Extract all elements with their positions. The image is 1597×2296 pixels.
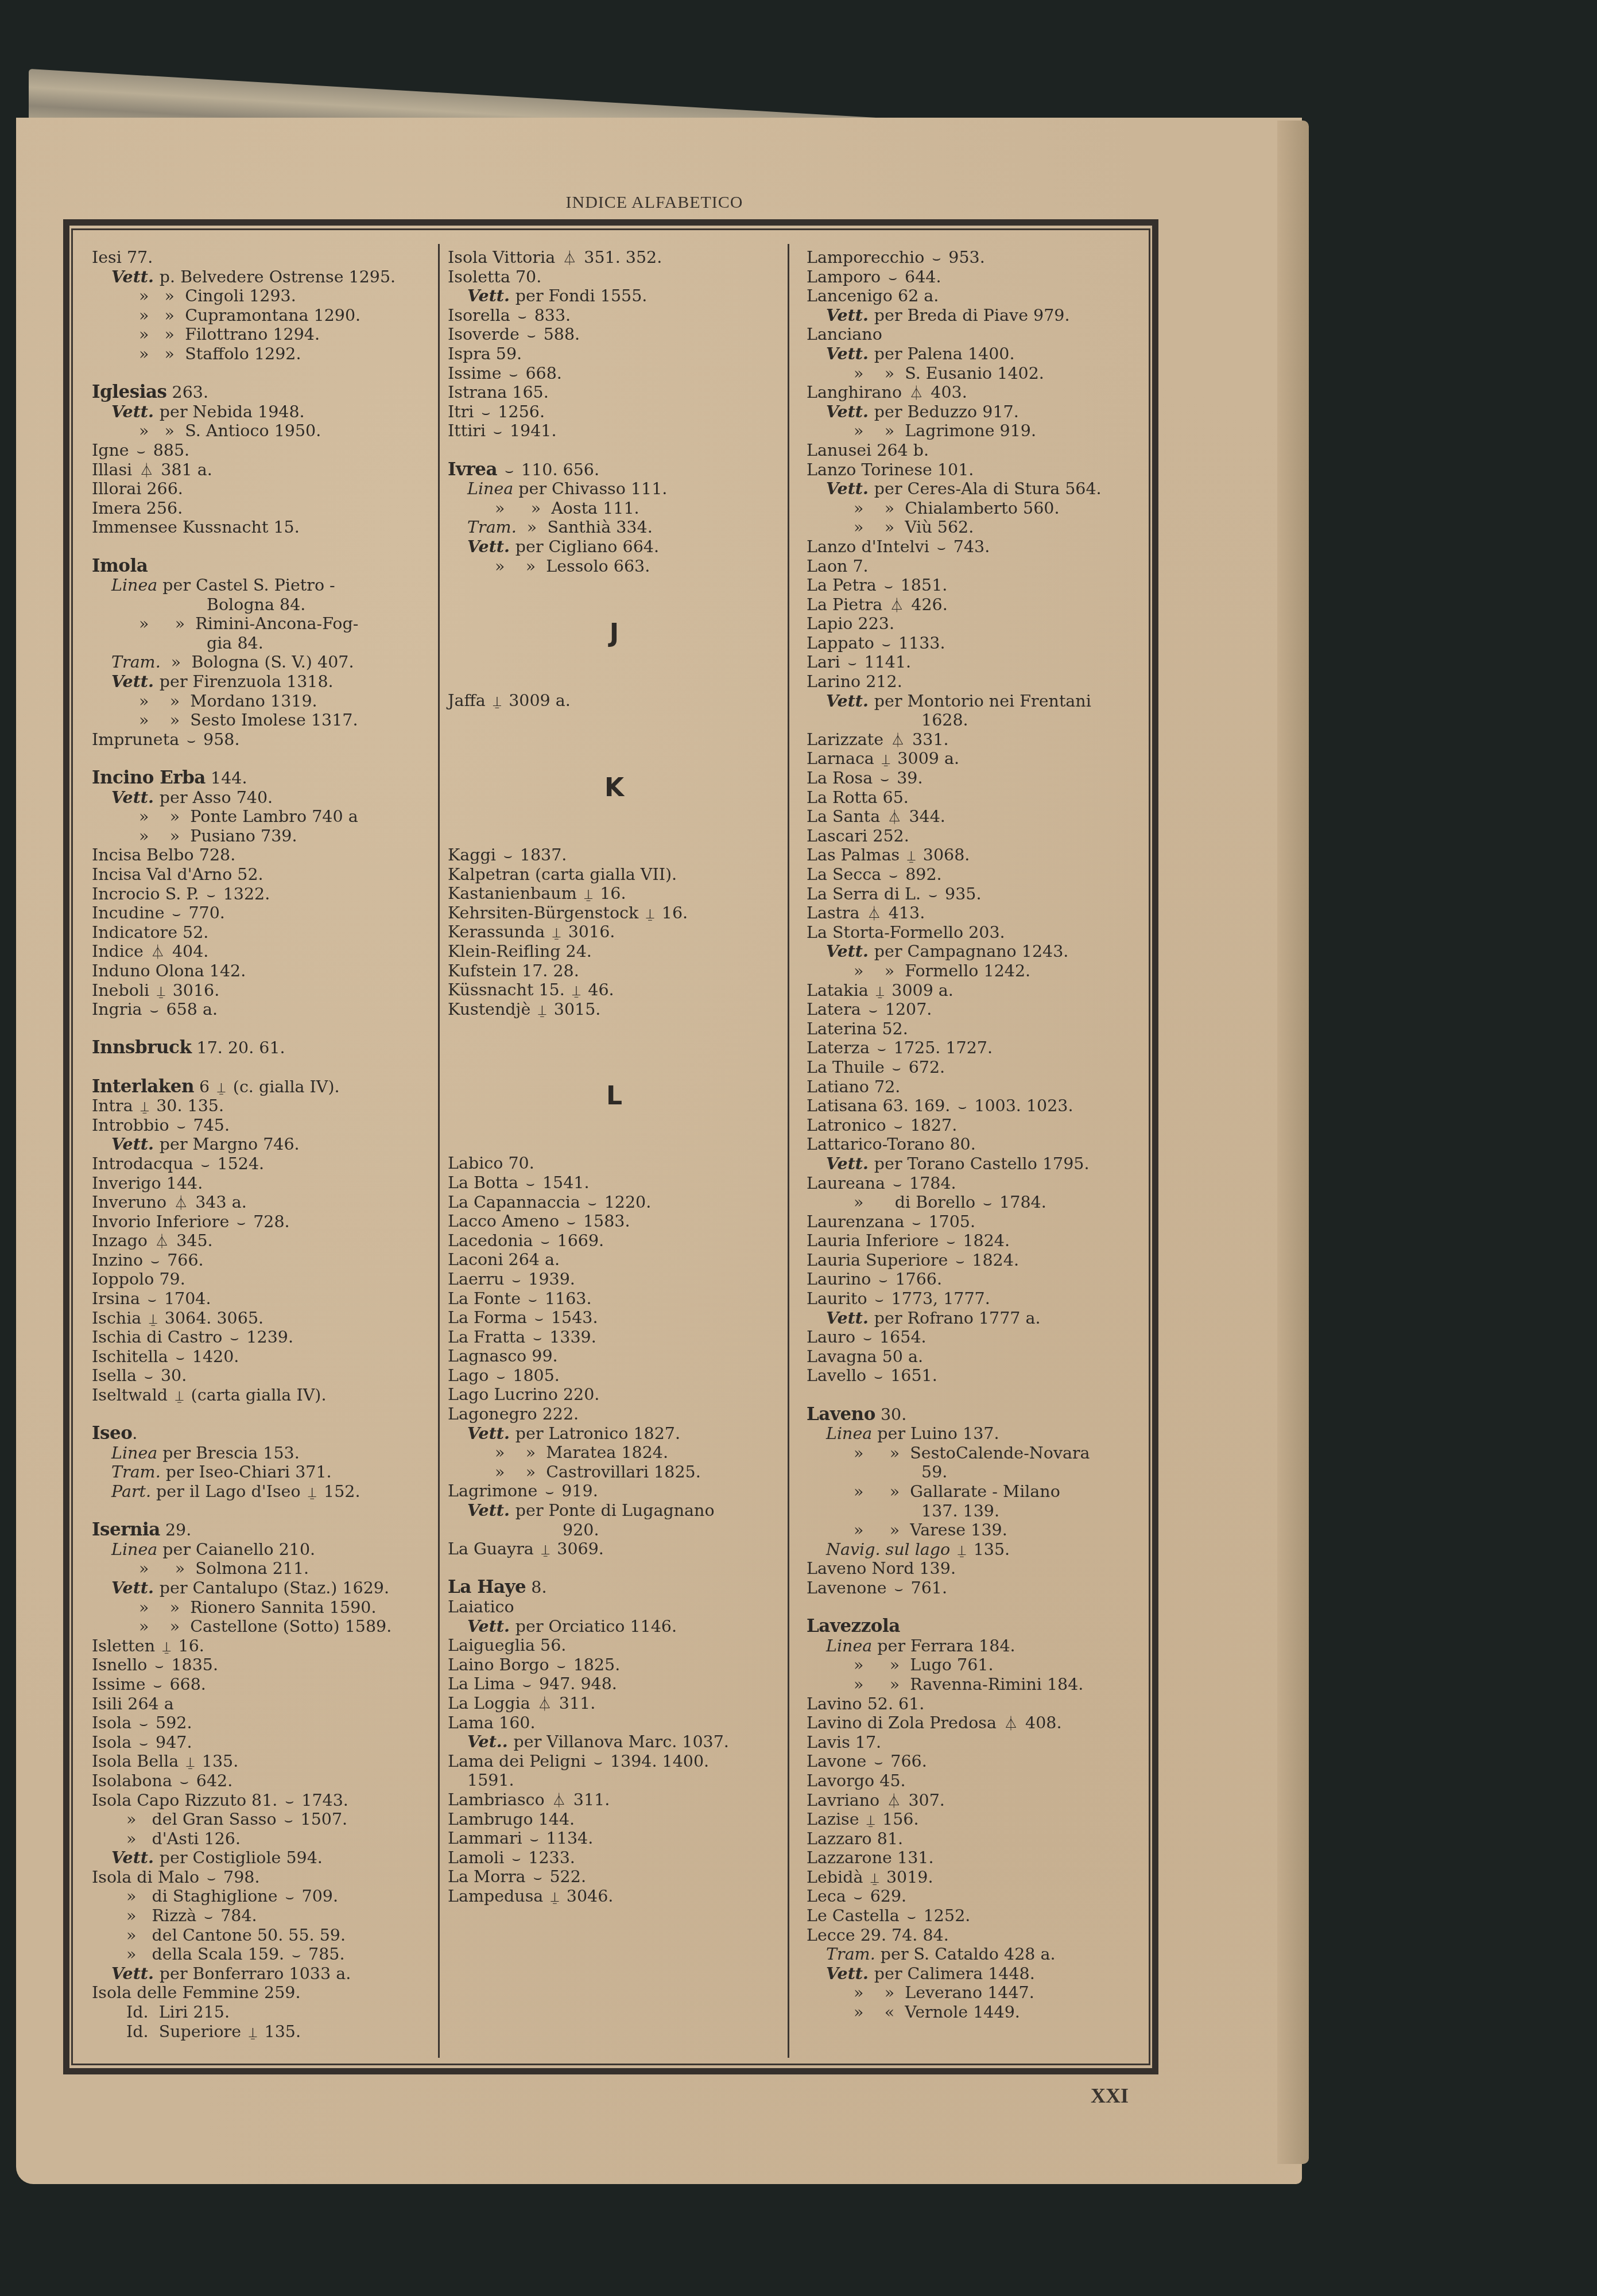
ditto-subentry: » » Ravenna-Rimini 184. [807,1675,1151,1694]
index-entry: La Capannaccia ⌣ 1220. [448,1193,781,1212]
subentry-label: Vett. [826,344,874,363]
index-entry: Lamporecchio ⌣ 953. [807,248,1151,267]
subentry-label: Vett. [111,402,160,421]
carriage-icon: ⌣ [176,1348,185,1368]
tram-icon: ⏃ [891,731,905,751]
entry-name: La Haye [448,1577,526,1597]
index-entry: Larnaca ⍊ 3009 a. [807,749,1151,769]
index-entry: Lebidà ⍊ 3019. [807,1868,1151,1887]
ditto-subentry: » » Ponte Lambro 740 a [92,807,431,827]
index-entry: Ingria ⌣ 658 a. [92,1000,431,1019]
entry-name: Iseo [92,1423,132,1444]
index-entry: Lavino di Zola Predosa ⏃ 408. [807,1713,1151,1733]
index-entry: Lamporo ⌣ 644. [807,267,1151,287]
index-entry: Leca ⌣ 629. [807,1887,1151,1906]
index-entry: Isletten ⍊ 16. [92,1636,431,1656]
index-entry: Klein-Reifling 24. [448,942,781,961]
index-entry: Introbbio ⌣ 745. [92,1116,431,1135]
steamboat-icon: ⍊ [646,905,654,924]
index-entry: La Botta ⌣ 1541. [448,1173,781,1193]
index-entry: Laurino ⌣ 1766. [807,1270,1151,1289]
tram-icon: ⏃ [538,1695,552,1715]
ditto-subentry: » » Pusiano 739. [92,827,431,846]
carriage-icon: ⌣ [894,1580,904,1599]
index-entry: Lapio 223. [807,614,1151,634]
steamboat-icon: ⍊ [141,1097,149,1117]
spacer [92,1058,431,1077]
index-entry-heading: Iseo. [92,1424,431,1444]
spacer [92,749,431,769]
subentry-label: Part. [111,1482,156,1501]
index-entry: Igne ⌣ 885. [92,441,431,460]
carriage-icon: ⌣ [177,1117,186,1137]
tram-icon: ⏃ [174,1194,188,1213]
carriage-icon: ⌣ [533,1868,542,1888]
page-title: INDICE ALFABETICO [505,193,804,212]
steamboat-icon: ⍊ [162,1638,170,1657]
index-entry: Irsina ⌣ 1704. [92,1289,431,1309]
steamboat-icon: ⍊ [493,692,501,712]
carriage-icon: ⌣ [144,1367,153,1387]
carriage-icon: ⌣ [983,1194,992,1213]
index-entry: Lama dei Peligni ⌣ 1394. 1400. [448,1752,781,1771]
carriage-icon: ⌣ [588,1194,597,1213]
index-entry: Lazise ⍊ 156. [807,1810,1151,1829]
column-divider-2 [788,244,789,2058]
ditto-subentry: » » Mordano 1319. [92,692,431,711]
index-entry: Ineboli ⍊ 3016. [92,981,431,1000]
tram-icon: ⏃ [1004,1715,1018,1734]
sub-entry: Id. Superiore ⍊ 135. [92,2022,431,2042]
index-entry: Lago Lucrino 220. [448,1385,781,1405]
index-entry: La Morra ⌣ 522. [448,1867,781,1887]
index-entry-heading: Laveno 30. [807,1405,1151,1425]
spacer [448,1135,781,1154]
vettura-subentry: Vett. per Breda di Piave 979. [807,306,1151,325]
index-entry: Inveruno ⏃ 343 a. [92,1193,431,1212]
carriage-icon: ⌣ [285,1888,294,1907]
ditto-subentry: » » Filottrano 1294. [92,325,431,344]
sub-entry: Id. Liri 215. [92,2003,431,2022]
section-letter: J [448,614,781,653]
entry-name: Isernia [92,1519,160,1540]
subentry-label: Vett. [111,788,160,807]
subentry-label: Linea [111,576,162,595]
carriage-icon: ⌣ [204,1907,213,1927]
vettura-subentry: Vett. per Palena 1400. [807,344,1151,364]
tram-icon: ⏃ [909,384,923,404]
vettura-subentry: Vett. per Nebida 1948. [92,402,431,422]
index-entry: Indicatore 52. [92,923,431,943]
carriage-icon: ⌣ [894,1117,903,1137]
index-entry: Kehrsiten-Bürgenstock ⍊ 16. [448,903,781,923]
index-entry: Issime ⌣ 668. [448,364,781,383]
vettura-subentry: Vett. per Costigliole 594. [92,1848,431,1868]
ditto-subentry: » » Leverano 1447. [807,1983,1151,2003]
index-entry-heading: Iglesias 263. [92,383,431,402]
vettura-subentry: Vett. per Ponte di Lugagnano [448,1501,781,1521]
index-entry-heading: Incino Erba 144. [92,769,431,788]
subentry-label: Vett. [826,1308,874,1328]
ditto-subentry: » » Lessolo 663. [448,557,781,576]
page-fore-edge [1277,121,1309,2164]
index-entry-heading: Lavezzola [807,1617,1151,1636]
carriage-icon: ⌣ [139,1715,148,1734]
entry-name: Interlaken [92,1076,194,1097]
line-subentry: Linea per Castel S. Pietro - [92,576,431,595]
index-entry: Lanciano [807,325,1151,344]
carriage-icon: ⌣ [534,1309,544,1329]
carriage-icon: ⌣ [150,1001,159,1021]
subentry-label: Vett. [467,286,515,305]
ditto-subentry: » » Castrovillari 1825. [448,1463,781,1482]
carriage-icon: ⌣ [503,847,513,866]
carriage-icon: ⌣ [892,1059,901,1079]
index-entry: Lampedusa ⍊ 3046. [448,1887,781,1906]
index-entry: Lavis 17. [807,1733,1151,1752]
index-entry: Latakia ⍊ 3009 a. [807,981,1151,1000]
index-entry: Isola di Malo ⌣ 798. [92,1868,431,1887]
index-entry: La Guayra ⍊ 3069. [448,1539,781,1559]
ditto-subentry: » » Staffolo 1292. [92,344,431,364]
spacer [807,1598,1151,1618]
index-entry: Latisana 63. 169. ⌣ 1003. 1023. [807,1096,1151,1116]
spacer [807,1386,1151,1405]
carriage-icon: ⌣ [284,1811,293,1830]
subentry-label: Tram. [111,1463,166,1481]
index-entry: Lavone ⌣ 766. [807,1752,1151,1771]
tram-icon: ⏃ [867,905,881,924]
index-entry: Lagonegro 222. [448,1405,781,1424]
continuation-line: gia 84. [92,634,431,653]
sub-entry: » del Cantone 50. 55. 59. [92,1926,431,1945]
index-entry: Introdacqua ⌣ 1524. [92,1154,431,1174]
vettura-subentry: Vett. per Montorio nei Frentani [807,692,1151,711]
index-entry: Lavenone ⌣ 761. [807,1578,1151,1598]
spacer [448,1115,781,1135]
index-entry: Laiatico [448,1597,781,1617]
vettura-subentry: Vet.. per Villanova Marc. 1037. [448,1732,781,1752]
carriage-icon: ⌣ [869,1001,878,1021]
carriage-icon: ⌣ [153,1676,162,1696]
subentry-label: Vet.. [467,1732,514,1751]
index-entry: Laconi 264 a. [448,1250,781,1270]
carriage-icon: ⌣ [292,1946,301,1965]
entry-name: Imola [92,556,148,576]
index-entry: Immensee Kussnacht 15. [92,518,431,537]
index-entry: Isoletta 70. [448,267,781,287]
carriage-icon: ⌣ [522,1676,532,1695]
line-subentry: Linea per Chivasso 111. [448,479,781,499]
index-entry: Illorai 266. [92,479,431,499]
line-subentry: Linea per Brescia 153. [92,1444,431,1463]
index-entry: Ioppolo 79. [92,1270,431,1289]
subentry-label: Vett. [111,1848,160,1867]
steamboat-icon: ⍊ [572,982,580,1001]
steamboat-icon: ⍊ [175,1387,183,1406]
spacer [448,595,781,615]
subentry-label: Vett. [826,691,874,711]
index-entry: Isella ⌣ 30. [92,1366,431,1386]
line-subentry: Tram. per Iseo-Chiari 371. [92,1463,431,1482]
index-entry: Lavorgo 45. [807,1771,1151,1791]
index-entry-heading: Innsbruck 17. 20. 61. [92,1038,431,1058]
steamboat-icon: ⍊ [876,982,884,1002]
index-entry: Kastanienbaum ⍊ 16. [448,884,781,903]
carriage-icon: ⌣ [505,461,514,481]
index-entry: Isola ⌣ 947. [92,1733,431,1752]
index-column-1: Iesi 77.Vett. p. Belvedere Ostrense 1295… [92,248,431,2041]
carriage-icon: ⌣ [496,1367,505,1387]
index-entry: Lari ⌣ 1141. [807,653,1151,672]
index-entry: Lamoli ⌣ 1233. [448,1848,781,1868]
line-subentry: Tram. » Bologna (S. V.) 407. [92,653,431,672]
steamboat-icon: ⍊ [186,1753,194,1773]
index-entry: Jaffa ⍊ 3009 a. [448,691,781,711]
index-entry: Labico 70. [448,1154,781,1173]
column-divider-1 [438,244,440,2058]
steamboat-icon: ⍊ [584,885,592,905]
vettura-subentry: Vett. per Asso 740. [92,788,431,808]
subentry-label: Vett. [111,1964,160,1983]
ditto-subentry: » di Borello ⌣ 1784. [807,1193,1151,1212]
spacer [448,749,781,769]
carriage-icon: ⌣ [527,326,536,346]
index-entry: Incisa Val d'Arno 52. [92,865,431,885]
carriage-icon: ⌣ [285,1792,294,1812]
index-entry: Invorio Inferiore ⌣ 728. [92,1212,431,1232]
subentry-label: Linea [111,1540,162,1559]
carriage-icon: ⌣ [880,770,889,789]
subentry-label: Vett. [111,1134,160,1154]
continuation-line: 137. 139. [807,1502,1151,1521]
subentry-label: Vett. [111,672,160,691]
spacer [448,1019,781,1038]
carriage-icon: ⌣ [518,307,527,327]
index-entry: Larino 212. [807,672,1151,692]
entry-name: Lavezzola [807,1616,900,1636]
spacer [448,672,781,692]
index-entry: Lattarico-Torano 80. [807,1135,1151,1154]
spacer [448,711,781,730]
vettura-subentry: Vett. per Latronico 1827. [448,1424,781,1444]
continuation-line: 1591. [448,1771,781,1790]
index-entry: Le Castella ⌣ 1252. [807,1906,1151,1926]
carriage-icon: ⌣ [907,1907,916,1927]
vettura-subentry: Vett. per Cigliano 664. [448,537,781,557]
carriage-icon: ⌣ [956,1252,965,1271]
vettura-subentry: Vett. per Campagnano 1243. [807,942,1151,961]
subentry-label: Vett. [826,1154,874,1173]
index-entry-heading: La Haye 8. [448,1578,781,1597]
carriage-icon: ⌣ [155,1657,164,1676]
carriage-icon: ⌣ [533,1329,542,1348]
carriage-icon: ⌣ [882,635,891,654]
ditto-subentry: » » Viù 562. [807,518,1151,537]
carriage-icon: ⌣ [530,1830,539,1849]
line-subentry: Linea per Luino 137. [807,1424,1151,1444]
index-entry: Itri ⌣ 1256. [448,402,781,422]
steamboat-icon: ⍊ [538,1001,546,1021]
subentry-label: Vett. [111,267,160,286]
index-entry: Induno Olona 142. [92,961,431,981]
index-entry: Isola Capo Rizzuto 81. ⌣ 1743. [92,1791,431,1810]
index-entry: Ischia ⍊ 3064. 3065. [92,1309,431,1328]
index-entry: Isolabona ⌣ 642. [92,1771,431,1791]
vettura-subentry: Vett. per Orciatico 1146. [448,1617,781,1636]
tram-icon: ⏃ [563,249,576,269]
index-entry: Kerassunda ⍊ 3016. [448,922,781,942]
ditto-subentry: » » Maratea 1824. [448,1443,781,1463]
carriage-icon: ⌣ [947,1232,956,1252]
index-entry: Laino Borgo ⌣ 1825. [448,1655,781,1675]
index-entry: Kustendjè ⍊ 3015. [448,1000,781,1019]
steamboat-icon: ⍊ [867,1811,875,1830]
vettura-subentry: Vett. per Ceres-Ala di Stura 564. [807,479,1151,499]
sub-entry: » di Staghiglione ⌣ 709. [92,1887,431,1906]
index-entry: Lavagna 50 a. [807,1347,1151,1367]
spacer [448,1559,781,1578]
index-entry: Latiano 72. [807,1077,1151,1097]
index-entry: Istrana 165. [448,383,781,402]
spacer [92,1502,431,1521]
index-entry: La Storta-Formello 203. [807,923,1151,943]
index-entry: Inzino ⌣ 766. [92,1251,431,1270]
vettura-subentry: Vett. per Bonferraro 1033 a. [92,1964,431,1984]
index-entry: Incrocio S. P. ⌣ 1322. [92,885,431,904]
index-entry: Laterina 52. [807,1019,1151,1039]
steamboat-icon: ⍊ [870,1869,878,1888]
index-entry: Isorella ⌣ 833. [448,306,781,325]
subentry-label: Tram. [826,1945,881,1964]
steamboat-icon: ⍊ [907,847,915,866]
index-entry: Laerru ⌣ 1939. [448,1270,781,1289]
ditto-subentry: » » SestoCalende-Novara [807,1444,1151,1463]
index-column-3: Lamporecchio ⌣ 953.Lamporo ⌣ 644.Lanceni… [807,248,1151,2022]
index-entry: Isili 264 a [92,1694,431,1714]
index-entry: Küssnacht 15. ⍊ 46. [448,980,781,1000]
steamboat-icon: ⍊ [157,982,165,1002]
index-entry: Lecce 29. 74. 84. [807,1926,1151,1945]
index-entry: Indice ⏃ 404. [92,942,431,961]
index-entry: Isola ⌣ 592. [92,1713,431,1733]
index-entry: Lacedonia ⌣ 1669. [448,1231,781,1251]
vettura-subentry: Vett. per Rofrano 1777 a. [807,1309,1151,1328]
index-entry: Lauria Superiore ⌣ 1824. [807,1251,1151,1270]
ditto-subentry: » » Castellone (Sotto) 1589. [92,1617,431,1636]
ditto-subentry: » » Formello 1242. [807,961,1151,981]
index-entry: Isola Vittoria ⏃ 351. 352. [448,248,781,267]
index-entry: Iseltwald ⍊ (carta gialla IV). [92,1386,431,1405]
carriage-icon: ⌣ [932,249,941,269]
ditto-subentry: » » Rionero Sannita 1590. [92,1598,431,1618]
entry-name: Iglesias [92,382,166,402]
carriage-icon: ⌣ [511,1849,521,1869]
steamboat-icon: ⍊ [958,1541,966,1561]
index-entry: Lanusei 264 b. [807,441,1151,460]
carriage-icon: ⌣ [848,654,857,673]
ditto-subentry: » » Sesto Imolese 1317. [92,711,431,730]
carriage-icon: ⌣ [187,731,196,751]
index-entry: Incisa Belbo 728. [92,846,431,865]
ditto-subentry: » » Chialamberto 560. [807,499,1151,518]
carriage-icon: ⌣ [877,1040,886,1059]
index-entry: Ischitella ⌣ 1420. [92,1347,431,1367]
subentry-label: Tram. [111,653,166,672]
line-subentry: Linea per Caianello 210. [92,1540,431,1560]
tram-icon: ⏃ [552,1791,566,1811]
carriage-icon: ⌣ [509,365,518,385]
subentry-label: Vett. [111,1578,160,1597]
page-number: XXI [1091,2084,1129,2108]
index-entry: Lambrugo 144. [448,1810,781,1829]
index-entry: Lavello ⌣ 1651. [807,1366,1151,1386]
index-entry: La Fratta ⌣ 1339. [448,1328,781,1347]
steamboat-icon: ⍊ [149,1310,157,1329]
carriage-icon: ⌣ [863,1329,872,1348]
steamboat-icon: ⍊ [882,750,890,770]
index-entry: Iesi 77. [92,248,431,267]
index-entry: Lanzo d'Intelvi ⌣ 743. [807,537,1151,557]
index-entry: Isola Bella ⍊ 135. [92,1752,431,1771]
index-entry: La Serra di L. ⌣ 935. [807,885,1151,904]
sub-entry: » del Gran Sasso ⌣ 1507. [92,1810,431,1829]
index-entry: La Petra ⌣ 1851. [807,576,1151,595]
subentry-label: Linea [111,1444,162,1463]
steamboat-icon: ⍊ [541,1541,549,1560]
subentry-label: Navig. sul lago [826,1540,955,1559]
carriage-icon: ⌣ [893,1175,902,1194]
carriage-icon: ⌣ [879,1271,888,1290]
index-entry: Laon 7. [807,557,1151,576]
spacer [92,1019,431,1039]
steamboat-icon: ⍊ [217,1079,225,1098]
index-entry: Laveno Nord 139. [807,1559,1151,1578]
spacer [448,826,781,846]
continuation-line: 59. [807,1463,1151,1482]
entry-name: Ivrea [448,459,497,480]
ditto-subentry: » » Lugo 761. [807,1655,1151,1675]
spacer [448,1038,781,1058]
subentry-label: Linea [826,1636,877,1655]
tram-icon: ⏃ [155,1232,169,1252]
carriage-icon: ⌣ [854,1888,863,1907]
carriage-icon: ⌣ [139,1734,148,1754]
carriage-icon: ⌣ [889,866,898,886]
index-entry: Laurenzana ⌣ 1705. [807,1212,1151,1232]
tram-icon: ⏃ [887,1792,901,1812]
index-entry: Lacco Ameno ⌣ 1583. [448,1212,781,1231]
subentry-label: Vett. [826,941,874,961]
index-entry: Laterza ⌣ 1725. 1727. [807,1038,1151,1058]
index-entry: Lastra ⏃ 413. [807,903,1151,923]
index-entry: Lagrimone ⌣ 919. [448,1481,781,1501]
ditto-subentry: » » Solmona 211. [92,1559,431,1578]
index-entry: Lazzarone 131. [807,1848,1151,1868]
spacer [448,807,781,827]
carriage-icon: ⌣ [526,1174,535,1194]
subentry-label: Vett. [467,537,515,556]
spacer [448,576,781,595]
index-entry: Incudine ⌣ 770. [92,903,431,923]
spacer [448,730,781,750]
subentry-label: Vett. [826,479,874,498]
index-entry: Laureana ⌣ 1784. [807,1174,1151,1193]
entry-name: Laveno [807,1404,875,1425]
continuation-line: Bologna 84. [92,595,431,615]
spacer [448,441,781,460]
carriage-icon: ⌣ [482,404,491,423]
